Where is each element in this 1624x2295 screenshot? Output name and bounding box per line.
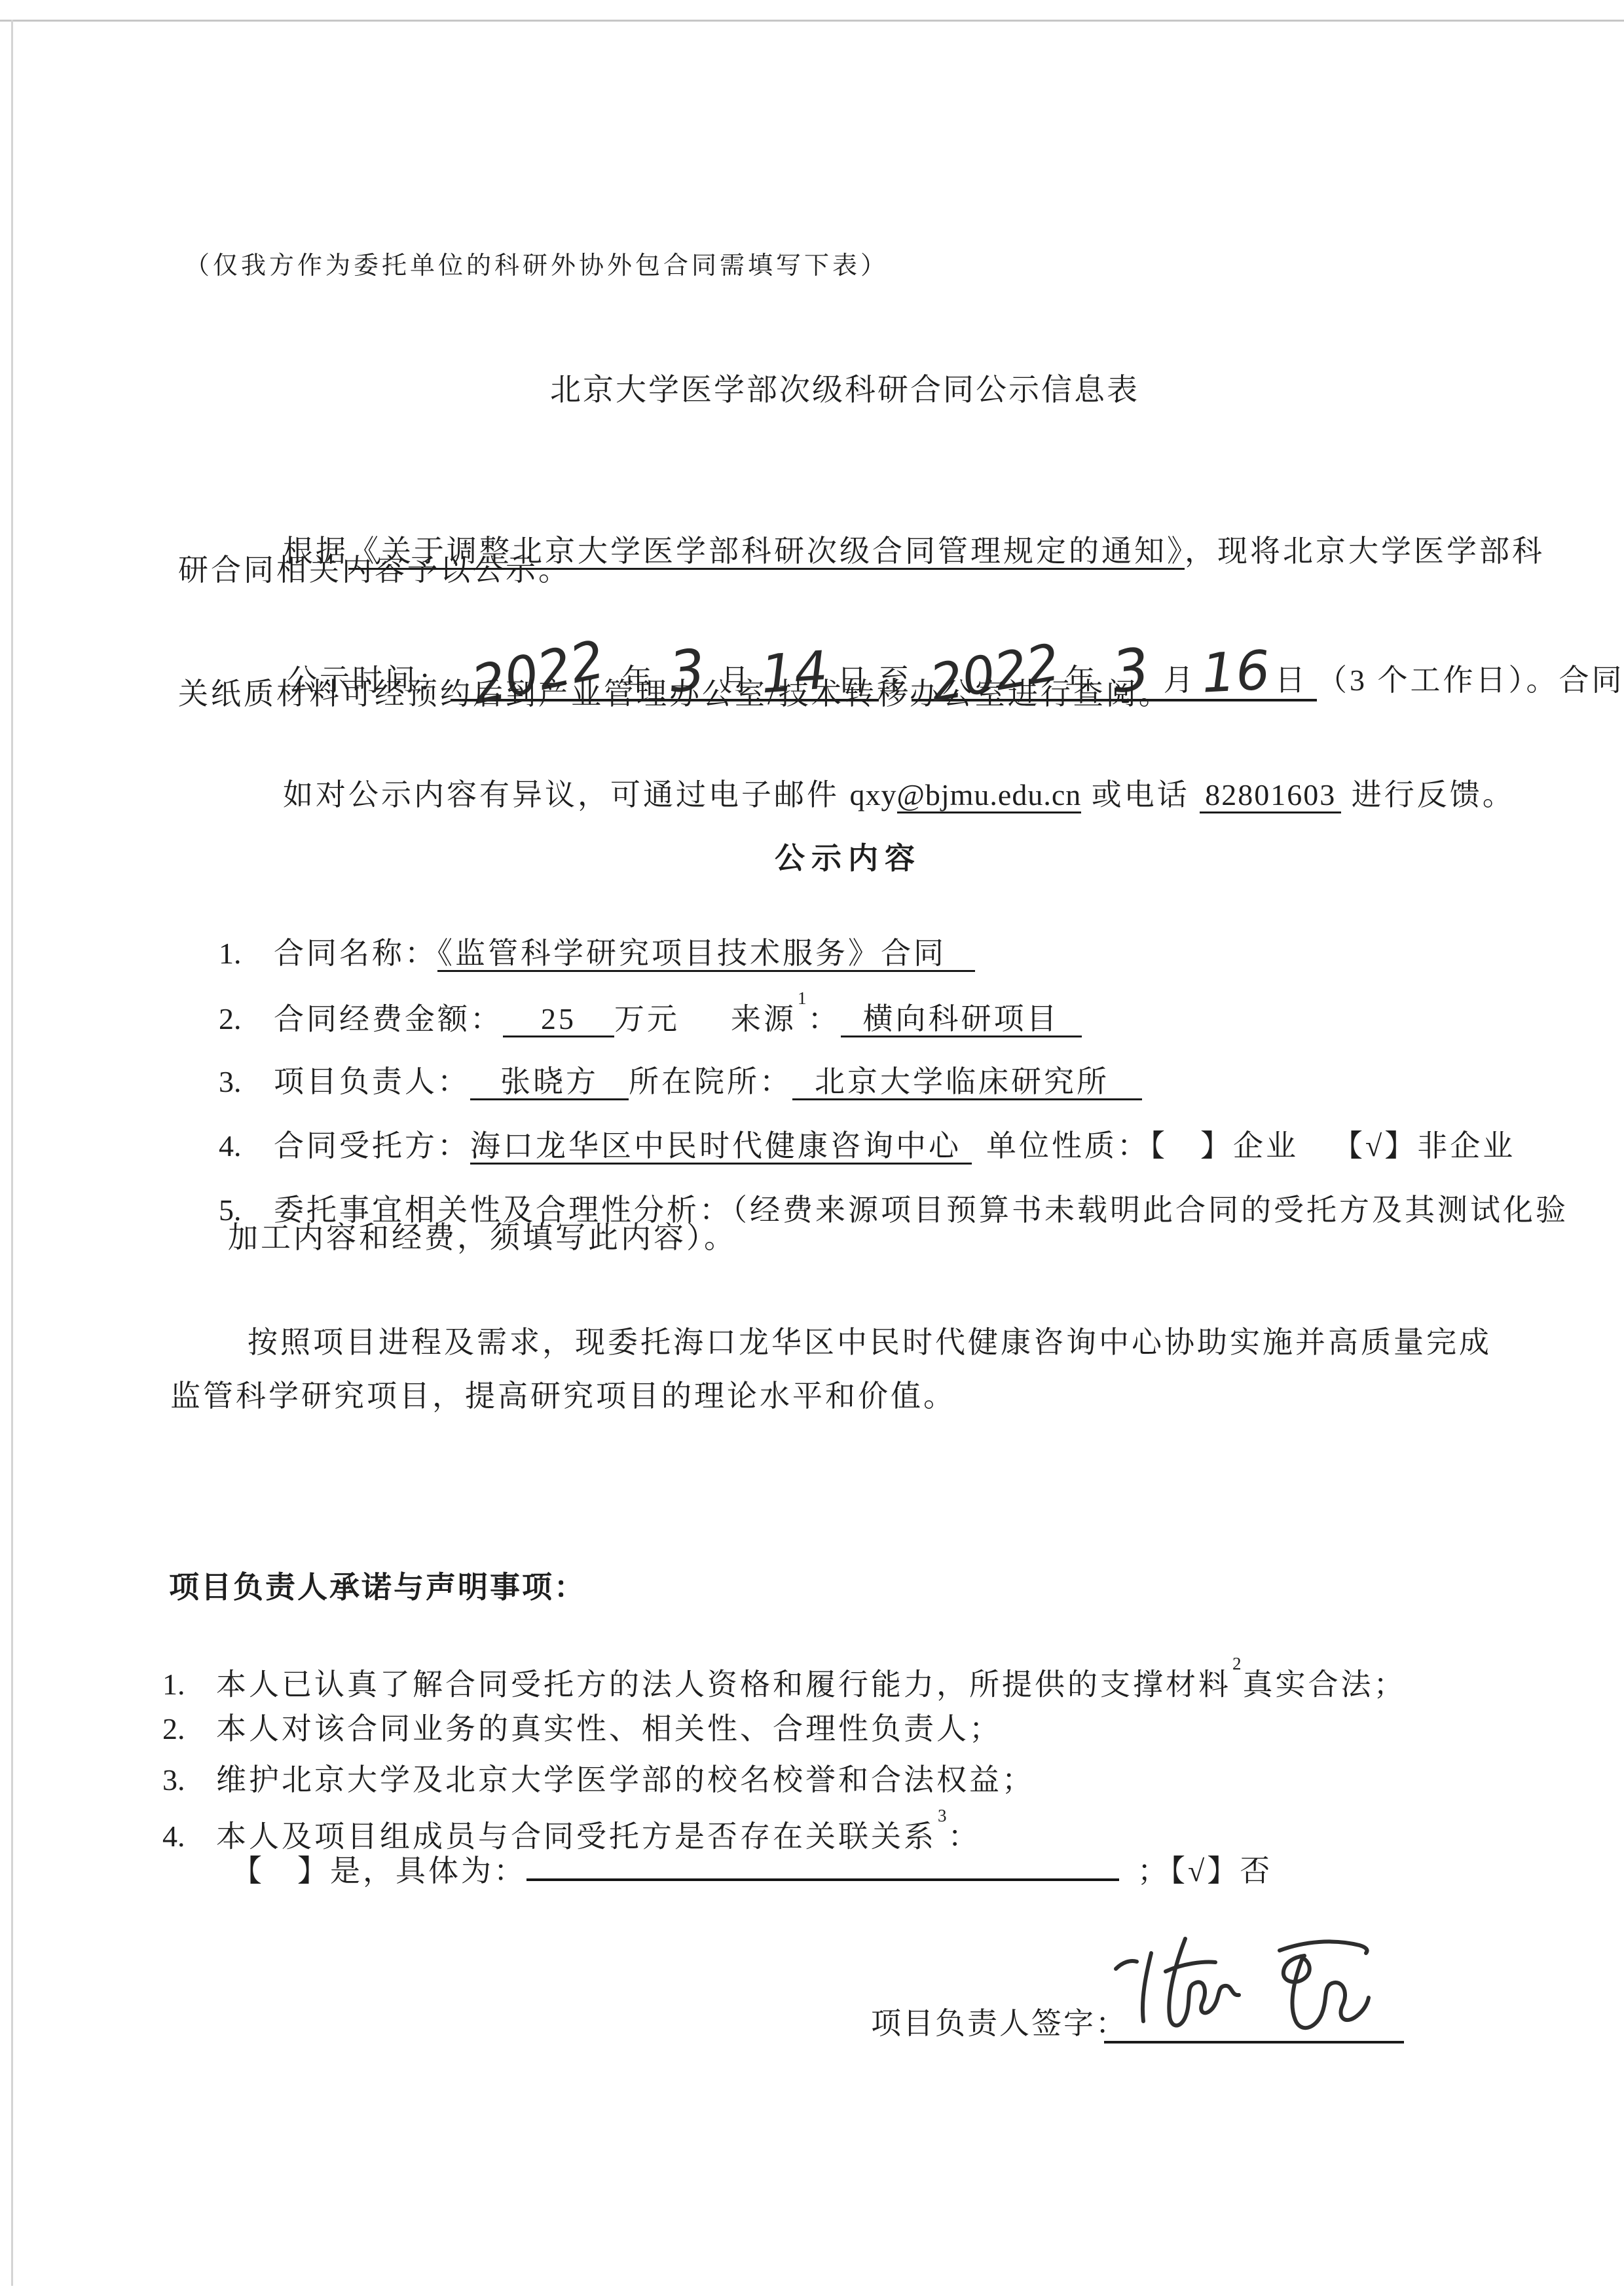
feedback-line: 如对公示内容有异议，可通过电子邮件 qxy@bjmu.edu.cn 或电话 82… <box>178 740 1515 850</box>
analysis-item-line-2: 加工内容和经费，须填写此内容）。 <box>228 1220 737 1256</box>
c-item1-suffix: 真实合法； <box>1243 1668 1407 1701</box>
entrust-paragraph-line-1: 按照项目进程及需求，现委托海口龙华区中民时代健康咨询中心协助实施并高质量完成 <box>178 1324 1492 1361</box>
publicity-line1-tail: （3 个工作日）。合同相 <box>1317 663 1624 697</box>
entrust-paragraph-line-2: 监管科学研究项目，提高研究项目的理论水平和价值。 <box>170 1378 956 1415</box>
scanned-document-page: （仅我方作为委托单位的科研外协外包合同需填写下表） 北京大学医学部次级科研合同公… <box>0 0 1624 2295</box>
yes-label: 是，具体为： <box>330 1854 526 1888</box>
intro-line-1: 根据《关于调整北京大学医学部科研次级合同管理规定的通知》，现将北京大学医学部科 <box>178 496 1545 606</box>
commitment-heading: 项目负责人承诺与声明事项： <box>169 1569 586 1606</box>
relation-line: 【 】是，具体为：；【√】否 <box>191 1813 1272 1926</box>
signature-label: 项目负责人签字： <box>871 2006 1128 2042</box>
phone-number: 82801603 <box>1200 778 1341 813</box>
scan-edge-top <box>0 20 1624 22</box>
handwritten-end-day: 16 <box>1201 658 1270 687</box>
yes-checkbox: 【 】 <box>232 1854 330 1888</box>
intro-line-2: 研合同相关内容予以公示。 <box>178 552 571 589</box>
publicity-line-2: 关纸质材料可经预约后到产业管理办公室/技术转移办公室进行查阅。 <box>178 676 1172 713</box>
source-footnote-marker: 1 <box>796 988 808 1008</box>
feedback-prefix: 如对公示内容有异议，可通过电子邮件 <box>283 778 850 812</box>
email-domain: @bjmu.edu.cn <box>897 778 1082 813</box>
scan-edge-left <box>11 20 13 2286</box>
signature-handwriting <box>1108 1931 1390 2052</box>
end-day-unit: 日 <box>1275 663 1308 697</box>
feedback-suffix: 进行反馈。 <box>1341 778 1515 812</box>
relation-separator: ； <box>1137 1854 1170 1888</box>
document-title: 北京大学医学部次级科研合同公示信息表 <box>0 372 1624 409</box>
content-section-heading: 公示内容 <box>0 840 1624 877</box>
top-note: （仅我方作为委托单位的科研外协外包合同需填写下表） <box>185 248 889 284</box>
email-user: qxy <box>850 778 897 812</box>
no-label: 否 <box>1240 1854 1272 1888</box>
relation-detail-blank <box>526 1850 1119 1881</box>
intro-line1-tail: ，现将北京大学医学部科 <box>1185 534 1545 568</box>
feedback-middle: 或电话 <box>1081 778 1200 812</box>
support-material-footnote-marker: 2 <box>1231 1654 1243 1673</box>
no-checkbox: 【√】 <box>1170 1854 1240 1888</box>
